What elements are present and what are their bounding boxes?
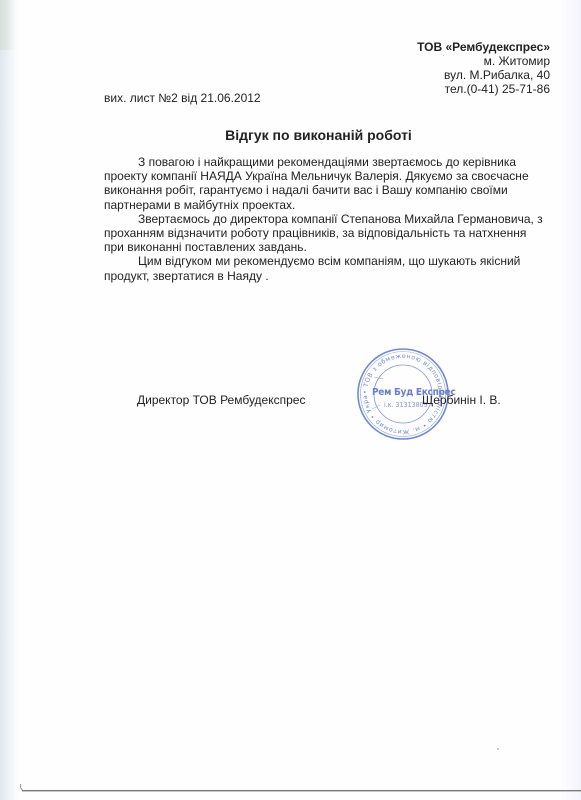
sender-company: ТОВ «Рембудекспрес» [417,40,550,54]
scan-dust [443,55,444,56]
letter-body: З повагою і найкращими рекомендаціями зв… [104,155,544,283]
sender-phone: тел.(0-41) 25-71-86 [417,82,550,96]
signatory-name: Щербинін І. В. [422,393,501,407]
document-title: Відгук по виконаній роботі [0,127,581,143]
scanned-letter-page: ТОВ «Рембудекспрес» м. Житомир вул. М.Ри… [0,0,581,800]
scan-left-edge-top [0,0,16,50]
sender-city: м. Житомир [417,54,550,68]
letter-reference: вих. лист №2 від 21.06.2012 [104,91,261,105]
scan-left-edge [0,0,18,800]
scan-bottom-edge [22,790,581,791]
sender-street: вул. М.Рибалка, 40 [417,68,550,82]
signatory-position: Директор ТОВ Рембудекспрес [137,393,305,407]
scan-right-edge [559,0,581,800]
paragraph: З повагою і найкращими рекомендаціями зв… [104,155,544,212]
paragraph: Цим відгуком ми рекомендуємо всім компан… [104,254,544,282]
paragraph: Звертаємось до директора компанії Степан… [104,212,544,255]
scan-dust [497,748,499,750]
sender-block: ТОВ «Рембудекспрес» м. Житомир вул. М.Ри… [417,40,550,96]
